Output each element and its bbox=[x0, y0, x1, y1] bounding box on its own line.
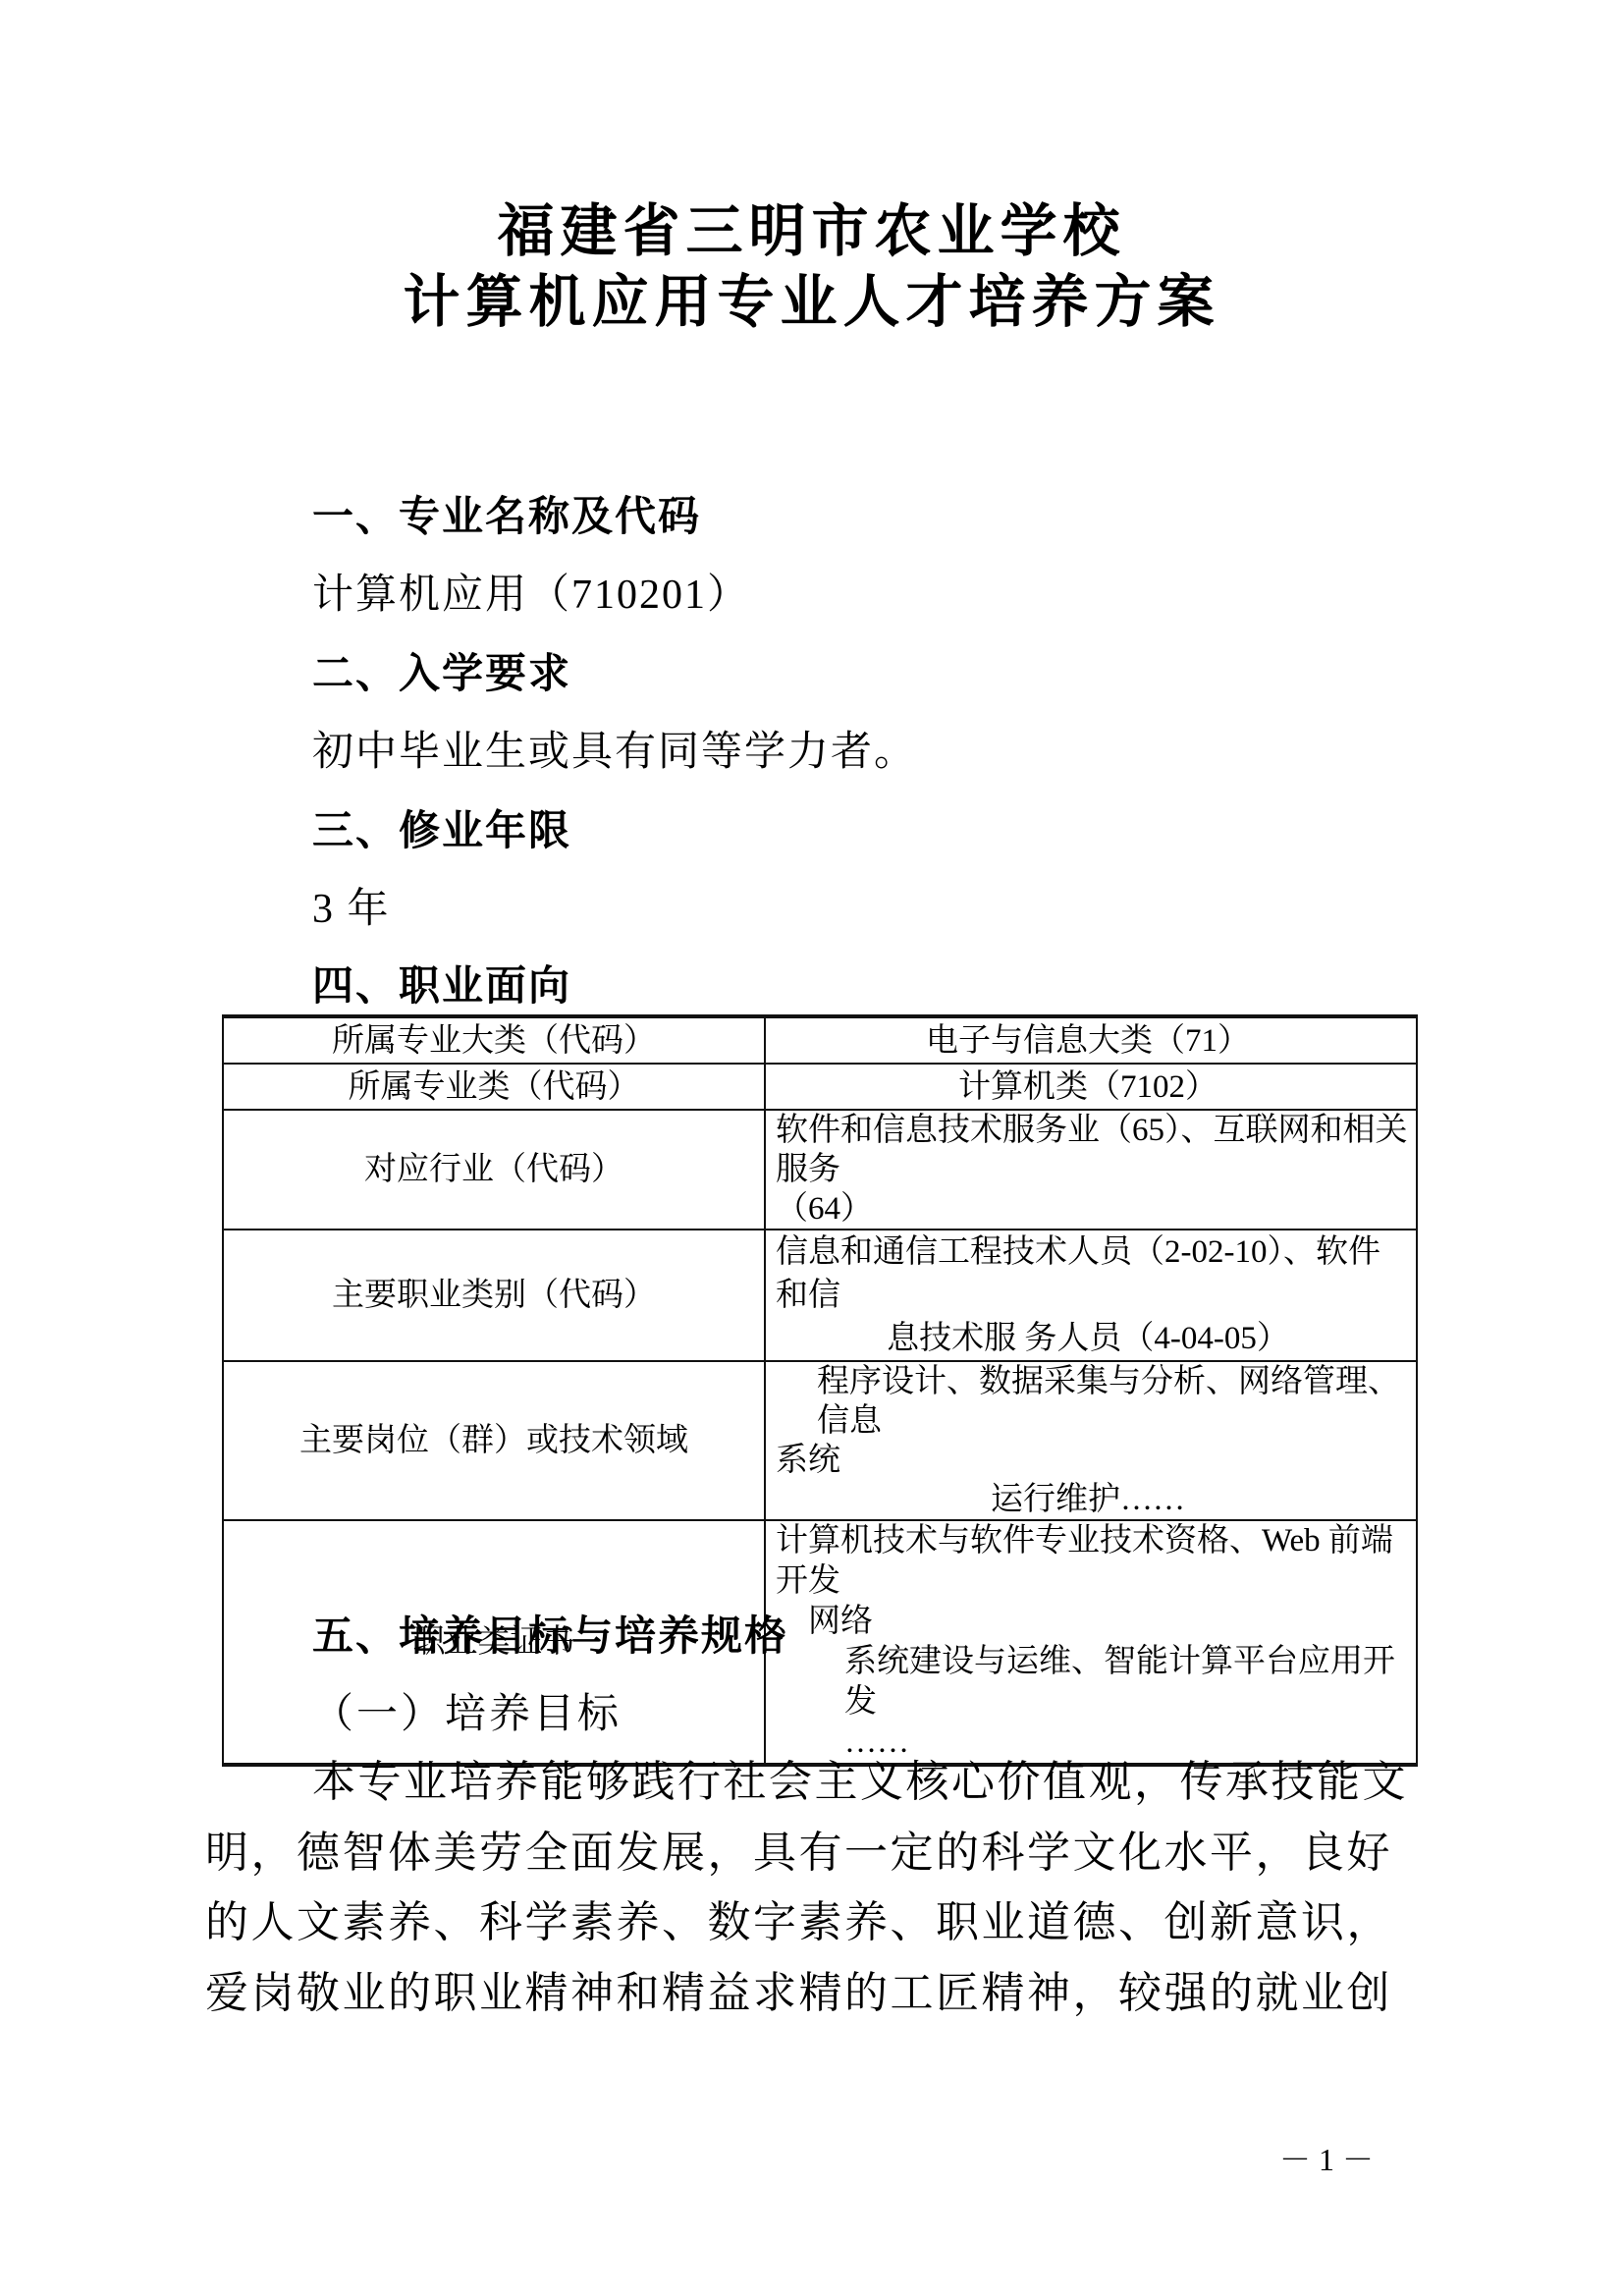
section-2-heading: 二、入学要求 bbox=[312, 651, 571, 696]
section-2-body: 初中毕业生或具有同等学力者。 bbox=[312, 730, 917, 775]
table-row-label: 所属专业类（代码） bbox=[223, 1064, 765, 1110]
table-row-content: 电子与信息大类（71） bbox=[765, 1016, 1417, 1064]
table-content-line: 、网络 bbox=[766, 1602, 1416, 1642]
paragraph-line: 的人文素养、科学素养、数字素养、职业道德、创新意识， bbox=[205, 1887, 1428, 1958]
subsection-heading: （一）培养目标 bbox=[312, 1692, 622, 1737]
table-row-label: 对应行业（代码） bbox=[223, 1110, 765, 1230]
table-row: 主要职业类别（代码）信息和通信工程技术人员（2-02-10）、软件和信息技术服 … bbox=[223, 1230, 1417, 1361]
table-row: 主要岗位（群）或技术领域程序设计、数据采集与分析、网络管理、信息系统运行维护…… bbox=[223, 1361, 1417, 1520]
table-row-content: 计算机类（7102） bbox=[765, 1064, 1417, 1110]
table-content-line: 运行维护…… bbox=[766, 1480, 1416, 1519]
table-content-line: 程序设计、数据采集与分析、网络管理、信息 bbox=[766, 1362, 1416, 1441]
paragraph-line: 明，德智体美劳全面发展，具有一定的科学文化水平，良好 bbox=[205, 1818, 1428, 1888]
section-4-heading: 四、职业面向 bbox=[312, 963, 571, 1009]
table-content-line: （64） bbox=[766, 1189, 1416, 1229]
table-content-line: 系统 bbox=[766, 1441, 1416, 1480]
training-objective-paragraph: 本专业培养能够践行社会主义核心价值观，传承技能文明，德智体美劳全面发展，具有一定… bbox=[205, 1747, 1428, 2028]
table-row-label: 主要职业类别（代码） bbox=[223, 1230, 765, 1361]
table-row-content: 软件和信息技术服务业（65）、互联网和相关服务（64） bbox=[765, 1110, 1417, 1230]
table-content-line: 软件和信息技术服务业（65）、互联网和相关服务 bbox=[766, 1111, 1416, 1189]
table-content-line: 电子与信息大类（71） bbox=[766, 1021, 1416, 1061]
table-row: 所属专业大类（代码）电子与信息大类（71） bbox=[223, 1016, 1417, 1064]
section-3-body: 3 年 bbox=[312, 887, 391, 932]
section-1-body: 计算机应用（710201） bbox=[312, 573, 750, 618]
table-content-line: 息技术服 务人员（4-04-05） bbox=[766, 1317, 1416, 1360]
table-content-line: 计算机技术与软件专业技术资格、Web 前端开发 bbox=[766, 1521, 1416, 1602]
table-content-line: 信息和通信工程技术人员（2-02-10）、软件和信 bbox=[766, 1230, 1416, 1317]
section-3-heading: 三、修业年限 bbox=[312, 808, 571, 853]
page-number: － 1 － bbox=[1279, 2141, 1374, 2178]
table-row-label: 主要岗位（群）或技术领域 bbox=[223, 1361, 765, 1520]
paragraph-line: 本专业培养能够践行社会主义核心价值观，传承技能文 bbox=[205, 1747, 1428, 1818]
table-row-label: 所属专业大类（代码） bbox=[223, 1016, 765, 1064]
section-1-heading: 一、专业名称及代码 bbox=[312, 494, 701, 539]
table-content-line: 系统建设与运维、智能计算平台应用开发 bbox=[766, 1642, 1416, 1722]
document-page: 福建省三明市农业学校 计算机应用专业人才培养方案 一、专业名称及代码 计算机应用… bbox=[0, 0, 1623, 2296]
section-5-heading: 五、培养目标与培养规格 bbox=[312, 1613, 787, 1659]
table-row-content: 计算机技术与软件专业技术资格、Web 前端开发、网络系统建设与运维、智能计算平台… bbox=[765, 1520, 1417, 1765]
document-title-line2: 计算机应用专业人才培养方案 bbox=[0, 267, 1623, 338]
paragraph-line: 爱岗敬业的职业精神和精益求精的工匠精神，较强的就业创 bbox=[205, 1958, 1428, 2029]
table-row-content: 程序设计、数据采集与分析、网络管理、信息系统运行维护…… bbox=[765, 1361, 1417, 1520]
table-row: 对应行业（代码）软件和信息技术服务业（65）、互联网和相关服务（64） bbox=[223, 1110, 1417, 1230]
table-row-content: 信息和通信工程技术人员（2-02-10）、软件和信息技术服 务人员（4-04-0… bbox=[765, 1230, 1417, 1361]
document-title-line1: 福建省三明市农业学校 bbox=[0, 196, 1623, 267]
table-content-line: 计算机类（7102） bbox=[766, 1067, 1416, 1107]
table-row: 所属专业类（代码）计算机类（7102） bbox=[223, 1064, 1417, 1110]
document-title: 福建省三明市农业学校 计算机应用专业人才培养方案 bbox=[0, 196, 1623, 338]
